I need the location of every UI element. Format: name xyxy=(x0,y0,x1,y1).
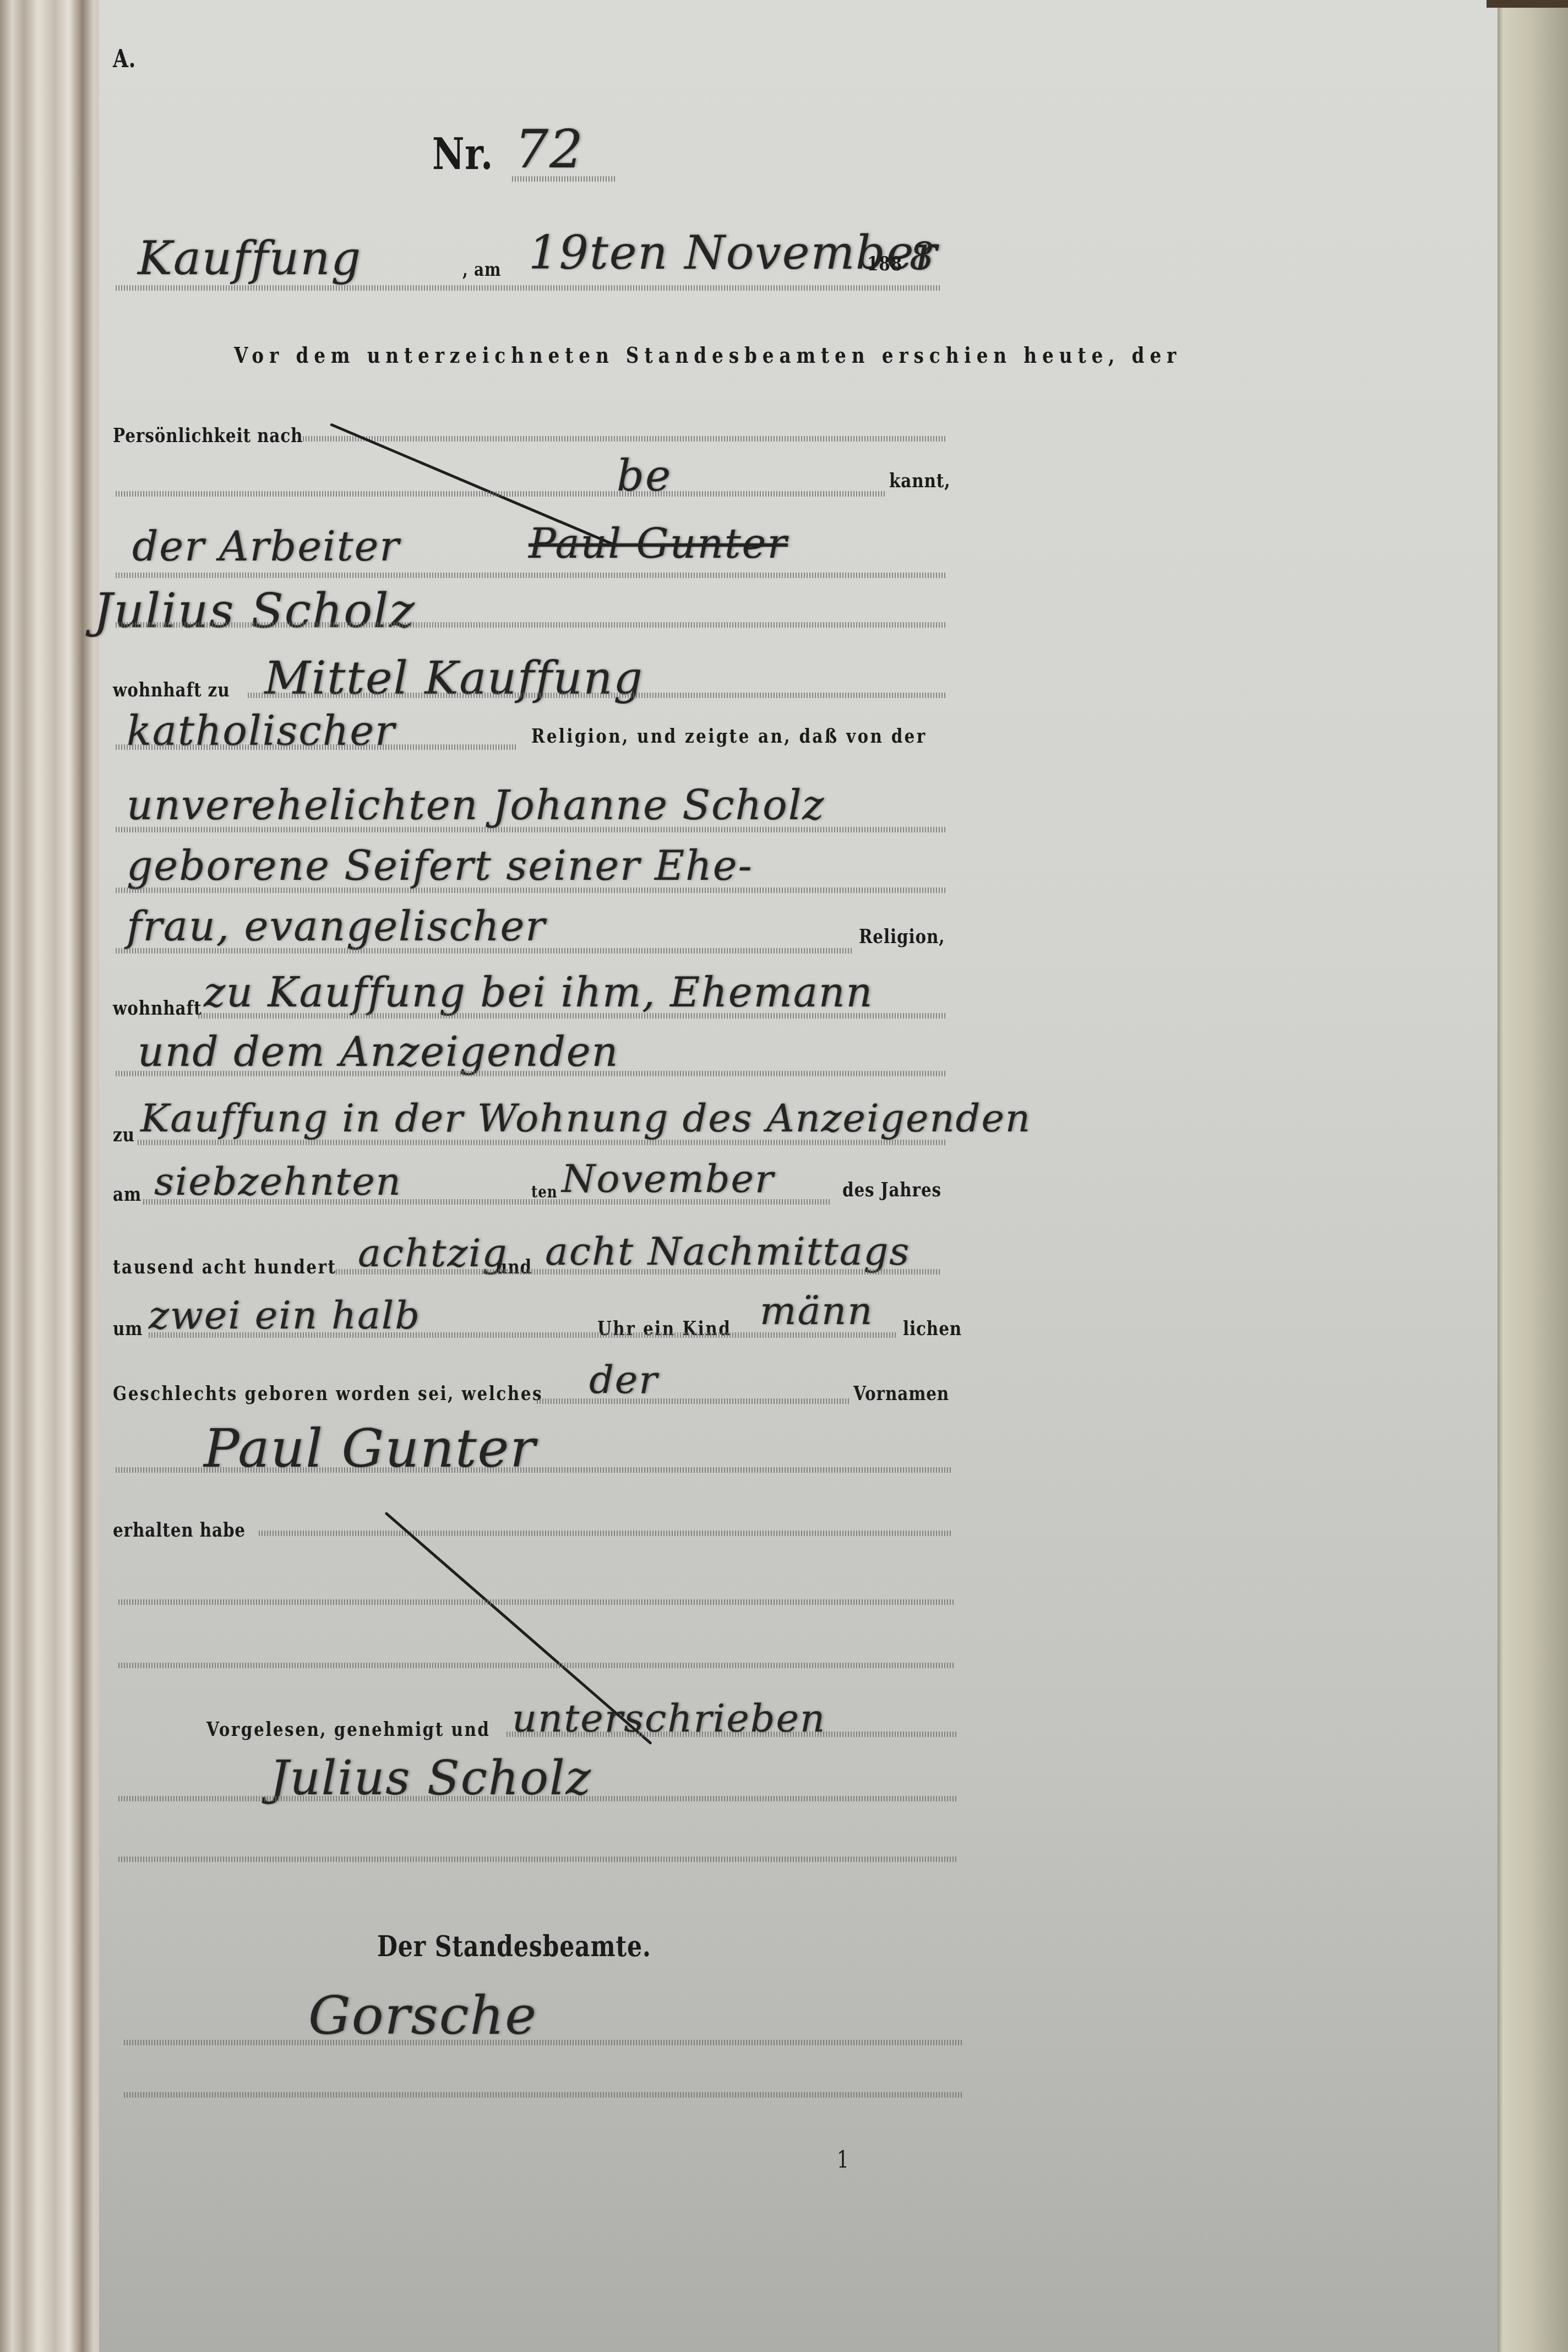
mother-rule-1 xyxy=(116,827,947,832)
religion-line xyxy=(116,744,518,750)
mother-residence-rule-2 xyxy=(116,1071,947,1076)
year-printed: 188 xyxy=(867,252,902,275)
entry-number: 72 xyxy=(515,118,584,180)
vornamen-rule xyxy=(537,1398,851,1404)
birth-month: November xyxy=(562,1156,774,1201)
birth-year-rule xyxy=(336,1269,941,1275)
intro-text: Vor dem unterzeichneten Standesbeamten e… xyxy=(234,342,1182,368)
date-line-rule xyxy=(116,285,941,291)
informant-name: Julius Scholz xyxy=(94,584,416,639)
closing-printed: Vorgelesen, genehmigt und xyxy=(206,1718,490,1741)
um-label: um xyxy=(113,1317,143,1340)
informant-line-1 xyxy=(116,573,947,578)
kannt-label: kannt, xyxy=(889,469,950,492)
residence-line xyxy=(248,693,947,698)
birthplace-label: zu xyxy=(113,1123,135,1146)
blank-rule-1 xyxy=(118,1599,955,1605)
birth-year-label: des Jahres xyxy=(842,1178,941,1201)
section-letter: A. xyxy=(113,45,136,73)
page-number: 1 xyxy=(837,2146,850,2173)
mother-residence-1: zu Kauffung bei ihm, Ehemann xyxy=(204,969,873,1016)
sex-suffix: lichen xyxy=(903,1317,962,1340)
place-of-registration: Kauffung xyxy=(138,231,362,285)
geschlechts-label: Geschlechts geboren worden sei, welches xyxy=(113,1382,543,1405)
birthplace: Kauffung in der Wohnung des Anzeigenden xyxy=(140,1096,1031,1141)
blank-rule-2 xyxy=(118,1663,955,1668)
registrar-signature: Gorsche xyxy=(308,1985,537,2046)
birth-date-rule xyxy=(143,1199,831,1205)
und-label: und xyxy=(496,1255,532,1278)
informant-line-2 xyxy=(116,622,947,628)
birth-time-rule xyxy=(149,1332,897,1338)
residence-label: wohnhaft zu xyxy=(113,678,230,701)
book-cover-edge xyxy=(1487,0,1568,8)
page-edge xyxy=(1498,0,1568,2352)
mother-residence-2: und dem Anzeigenden xyxy=(138,1028,619,1076)
erhalten-rule xyxy=(259,1531,952,1536)
signature-rule xyxy=(118,1796,958,1801)
registrar-title: Der Standesbeamte. xyxy=(377,1930,651,1963)
birth-am-label: am xyxy=(113,1183,141,1206)
article: der xyxy=(589,1357,658,1402)
mother-rule-2 xyxy=(116,888,947,893)
registrar-rule xyxy=(124,2040,963,2045)
mother-religion-label: Religion, xyxy=(859,925,945,948)
registrar-rule-2 xyxy=(124,2092,963,2098)
identity-line-1 xyxy=(303,436,947,442)
birthplace-rule xyxy=(138,1140,947,1145)
birth-time: zwei ein halb xyxy=(149,1293,421,1338)
closing-rule xyxy=(507,1732,958,1737)
religion-printed: Religion, und zeigte an, daß von der xyxy=(531,725,927,748)
vornamen-label: Vornamen xyxy=(853,1382,949,1405)
year-handwritten: 8 xyxy=(910,234,935,279)
mother-line-3: frau, evangelischer xyxy=(127,903,546,950)
birth-unit: acht Nachmittags xyxy=(545,1229,910,1274)
informant-struck-name: Paul Gunter xyxy=(529,520,788,568)
child-sex: männ xyxy=(760,1288,873,1333)
given-names-rule xyxy=(116,1467,952,1473)
entry-number-label: Nr. xyxy=(432,129,493,179)
mother-residence-rule-1 xyxy=(198,1013,947,1019)
blank-rule-3 xyxy=(118,1856,958,1862)
mother-residence-label: wohnhaft xyxy=(113,997,202,1020)
mother-line-1: unverehelichten Johanne Scholz xyxy=(127,782,825,829)
entry-number-line xyxy=(512,176,617,182)
am-label: , am xyxy=(462,259,501,281)
birth-day: siebzehnten xyxy=(154,1159,402,1204)
mother-line-2: geborene Seifert seiner Ehe- xyxy=(127,842,753,890)
thousand-label: tausend acht hundert xyxy=(113,1255,337,1278)
erhalten-label: erhalten habe xyxy=(113,1518,246,1542)
book-binding xyxy=(0,0,99,2352)
identity-label: Persönlichkeit nach xyxy=(113,424,303,447)
mother-rule-3 xyxy=(116,948,853,954)
informant-occupation: der Arbeiter xyxy=(132,523,400,570)
identity-line-2 xyxy=(116,491,886,497)
